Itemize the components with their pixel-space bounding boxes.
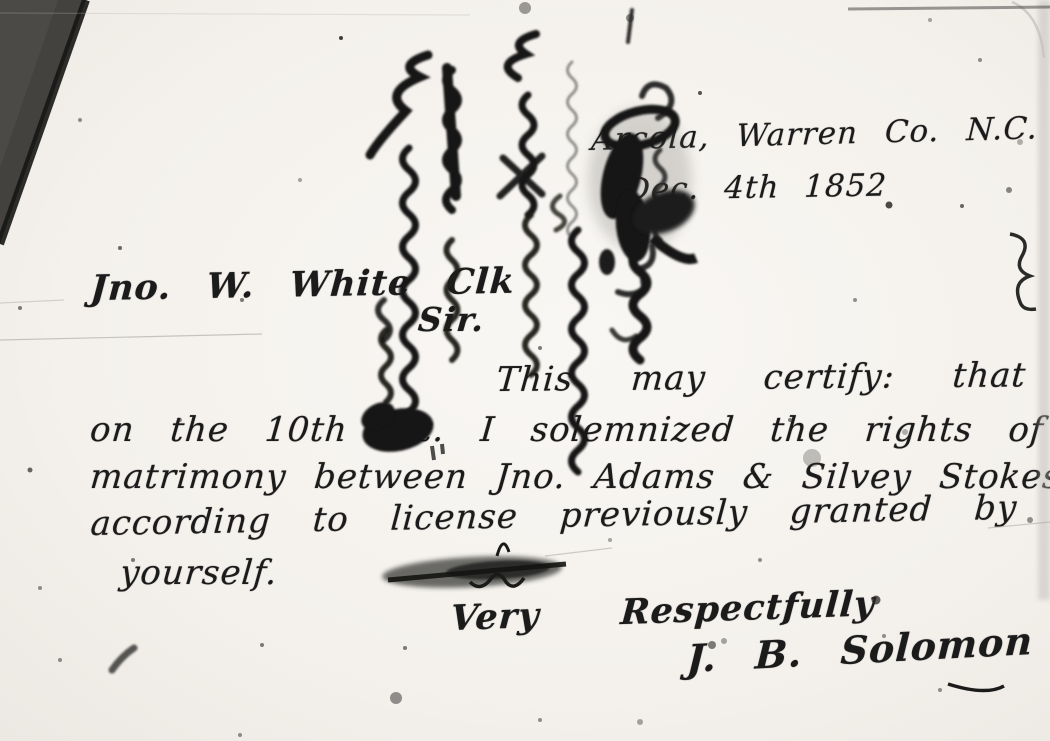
body-line-2: on the 10th ult. I solemnized the rights…	[89, 410, 1046, 450]
scan-corner-shadow	[0, 0, 86, 244]
body-line-1: This may certify: that	[495, 355, 1028, 400]
body-line-5: yourself.	[119, 553, 280, 593]
heading-date-line: Dec. 4th 1852	[624, 167, 888, 208]
ink-bleedthrough-scribbles	[370, 10, 671, 472]
struck-out-word-smudge	[381, 544, 566, 592]
scanned-letter-page: Arcola, Warren Co. N.C. Dec. 4th 1852 Jn…	[0, 0, 1050, 741]
signature-flourish	[948, 684, 1004, 691]
heading-place-line: Arcola, Warren Co. N.C.	[590, 110, 1038, 158]
salutation-line: Sir.	[417, 300, 487, 339]
margin-bracket-mark	[1010, 234, 1036, 309]
